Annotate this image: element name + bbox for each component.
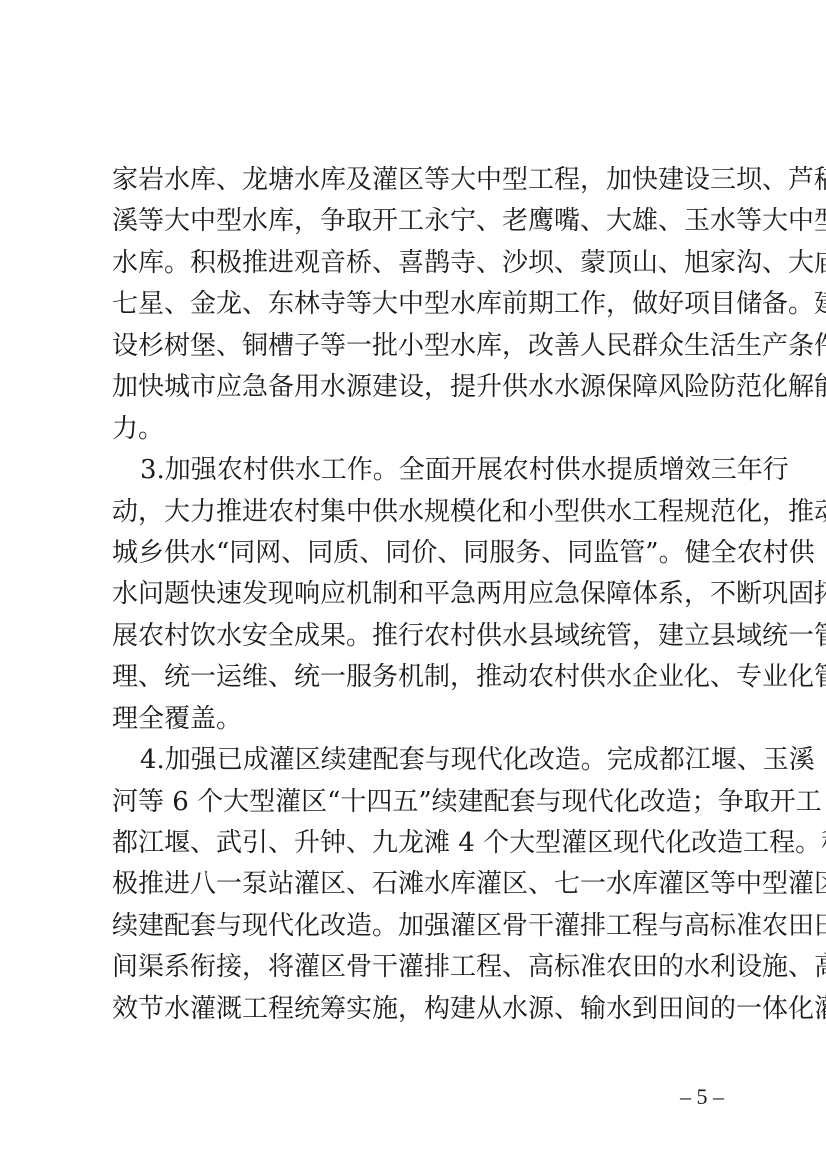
text-line-19: 续建配套与现代化改造。加强灌区骨干灌排工程与高标准农田田 bbox=[112, 906, 724, 947]
text-line-7: 力。 bbox=[112, 409, 724, 450]
text-line-17: 都江堰、武引、升钟、九龙滩 4 个大型灌区现代化改造工程。积 bbox=[112, 823, 724, 864]
text-line-16: 河等 6 个大型灌区“十四五”续建配套与现代化改造；争取开工 bbox=[112, 782, 724, 823]
text-line-12: 展农村饮水安全成果。推行农村供水县域统管，建立县域统一管 bbox=[112, 616, 724, 657]
text-line-4: 七星、金龙、东林寺等大中型水库前期工作，做好项目储备。建 bbox=[112, 284, 724, 325]
text-line-20: 间渠系衔接，将灌区骨干灌排工程、高标准农田的水利设施、高 bbox=[112, 947, 724, 988]
body-text: 家岩水库、龙塘水库及灌区等大中型工程，加快建设三坝、芦稿 溪等大中型水库，争取开… bbox=[112, 160, 724, 1030]
text-line-5: 设杉树堡、铜槽子等一批小型水库，改善人民群众生活生产条件。 bbox=[112, 326, 724, 367]
text-line-11: 水问题快速发现响应机制和平急两用应急保障体系，不断巩固拓 bbox=[112, 574, 724, 615]
text-line-13: 理、统一运维、统一服务机制，推动农村供水企业化、专业化管 bbox=[112, 657, 724, 698]
text-line-14: 理全覆盖。 bbox=[112, 699, 724, 740]
text-line-1: 家岩水库、龙塘水库及灌区等大中型工程，加快建设三坝、芦稿 bbox=[112, 160, 724, 201]
document-page: 家岩水库、龙塘水库及灌区等大中型工程，加快建设三坝、芦稿 溪等大中型水库，争取开… bbox=[0, 0, 826, 1169]
section-4-heading-line: 4.加强已成灌区续建配套与现代化改造。完成都江堰、玉溪 bbox=[112, 740, 724, 781]
text-line-6: 加快城市应急备用水源建设，提升供水水源保障风险防范化解能 bbox=[112, 367, 724, 408]
text-line-3: 水库。积极推进观音桥、喜鹊寺、沙坝、蒙顶山、旭家沟、大庙、 bbox=[112, 243, 724, 284]
text-line-21: 效节水灌溉工程统筹实施，构建从水源、输水到田间的一体化灌 bbox=[112, 989, 724, 1030]
text-line-9: 动，大力推进农村集中供水规模化和小型供水工程规范化，推动 bbox=[112, 492, 724, 533]
page-number: – 5 – bbox=[672, 1082, 732, 1112]
text-line-10: 城乡供水“同网、同质、同价、同服务、同监管”。健全农村供 bbox=[112, 533, 724, 574]
text-line-2: 溪等大中型水库，争取开工永宁、老鹰嘴、大雄、玉水等大中型 bbox=[112, 201, 724, 242]
text-line-18: 极推进八一泵站灌区、石滩水库灌区、七一水库灌区等中型灌区 bbox=[112, 864, 724, 905]
section-3-heading-line: 3.加强农村供水工作。全面开展农村供水提质增效三年行 bbox=[112, 450, 724, 491]
